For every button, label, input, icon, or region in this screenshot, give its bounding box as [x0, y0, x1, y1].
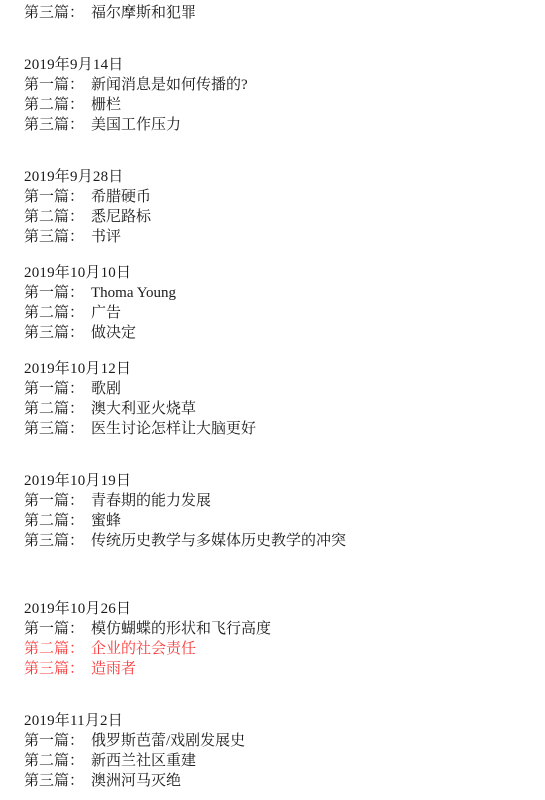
article-label: 第三篇：	[24, 421, 84, 437]
article-label: 第三篇：	[24, 533, 84, 549]
article-label: 第三篇：	[24, 5, 84, 21]
article-line: 第三篇：做决定	[24, 323, 529, 343]
article-line: 第二篇：新西兰社区重建	[24, 751, 529, 771]
article-line: 第二篇：栅栏	[24, 95, 529, 115]
article-label: 第三篇：	[24, 661, 84, 677]
blank-line	[24, 695, 529, 711]
article-title: 书评	[91, 229, 121, 245]
article-line: 第一篇：青春期的能力发展	[24, 491, 529, 511]
date-line: 2019年10月12日	[24, 359, 529, 379]
article-line: 第一篇：歌剧	[24, 379, 529, 399]
article-title: Thoma Young	[91, 285, 176, 301]
article-line: 第一篇：新闻消息是如何传播的?	[24, 75, 529, 95]
article-label: 第一篇：	[24, 189, 84, 205]
date-line: 2019年9月28日	[24, 167, 529, 187]
article-title: 俄罗斯芭蕾/戏剧发展史	[91, 733, 245, 749]
article-label: 第三篇：	[24, 229, 84, 245]
blank-line	[24, 567, 529, 583]
article-title: 美国工作压力	[91, 117, 181, 133]
article-label: 第一篇：	[24, 77, 84, 93]
article-title: 澳洲河马灭绝	[91, 773, 181, 789]
article-title: 福尔摩斯和犯罪	[91, 5, 196, 21]
article-label: 第二篇：	[24, 513, 84, 529]
article-label: 第二篇：	[24, 209, 84, 225]
article-label: 第二篇：	[24, 401, 84, 417]
article-label: 第三篇：	[24, 117, 84, 133]
article-line: 第三篇：医生讨论怎样让大脑更好	[24, 419, 529, 439]
article-label: 第一篇：	[24, 621, 84, 637]
article-title: 广告	[91, 305, 121, 321]
blank-line	[24, 247, 529, 263]
article-list-document: 第三篇：福尔摩斯和犯罪 2019年9月14日 第一篇：新闻消息是如何传播的? 第…	[0, 0, 545, 791]
article-label: 第三篇：	[24, 325, 84, 341]
article-label: 第一篇：	[24, 493, 84, 509]
article-label: 第二篇：	[24, 97, 84, 113]
article-title: 传统历史教学与多媒体历史教学的冲突	[91, 533, 346, 549]
date-line: 2019年9月14日	[24, 55, 529, 75]
article-line: 第三篇：传统历史教学与多媒体历史教学的冲突	[24, 531, 529, 551]
article-title: 澳大利亚火烧草	[91, 401, 196, 417]
article-label: 第二篇：	[24, 753, 84, 769]
article-title: 做决定	[91, 325, 136, 341]
blank-line	[24, 135, 529, 151]
article-line: 第二篇：广告	[24, 303, 529, 323]
article-line-highlighted: 第二篇：企业的社会责任	[24, 639, 529, 659]
article-line: 第一篇：模仿蝴蝶的形状和飞行高度	[24, 619, 529, 639]
date-line: 2019年10月19日	[24, 471, 529, 491]
article-line: 第二篇：悉尼路标	[24, 207, 529, 227]
article-label: 第一篇：	[24, 733, 84, 749]
article-title: 造雨者	[91, 661, 136, 677]
article-title: 悉尼路标	[91, 209, 151, 225]
article-line: 第三篇：福尔摩斯和犯罪	[24, 3, 529, 23]
article-label: 第二篇：	[24, 305, 84, 321]
blank-line	[24, 679, 529, 695]
date-line: 2019年10月10日	[24, 263, 529, 283]
article-line-highlighted: 第三篇：造雨者	[24, 659, 529, 679]
blank-line	[24, 39, 529, 55]
article-label: 第一篇：	[24, 285, 84, 301]
article-line: 第一篇：Thoma Young	[24, 283, 529, 303]
article-label: 第三篇：	[24, 773, 84, 789]
article-title: 新西兰社区重建	[91, 753, 196, 769]
article-line: 第二篇：澳大利亚火烧草	[24, 399, 529, 419]
article-line: 第三篇：澳洲河马灭绝	[24, 771, 529, 791]
article-title: 新闻消息是如何传播的?	[91, 77, 248, 93]
blank-line	[24, 551, 529, 567]
article-line: 第一篇：希腊硬币	[24, 187, 529, 207]
article-label: 第二篇：	[24, 641, 84, 657]
blank-line	[24, 439, 529, 455]
article-line: 第三篇：美国工作压力	[24, 115, 529, 135]
blank-line	[24, 23, 529, 39]
article-line: 第二篇：蜜蜂	[24, 511, 529, 531]
blank-line	[24, 583, 529, 599]
article-line: 第三篇：书评	[24, 227, 529, 247]
article-title: 歌剧	[91, 381, 121, 397]
date-line: 2019年11月2日	[24, 711, 529, 731]
blank-line	[24, 151, 529, 167]
blank-line	[24, 455, 529, 471]
date-line: 2019年10月26日	[24, 599, 529, 619]
article-title: 希腊硬币	[91, 189, 151, 205]
article-title: 青春期的能力发展	[91, 493, 211, 509]
article-title: 模仿蝴蝶的形状和飞行高度	[91, 621, 271, 637]
article-title: 医生讨论怎样让大脑更好	[91, 421, 256, 437]
article-title: 蜜蜂	[91, 513, 121, 529]
article-line: 第一篇：俄罗斯芭蕾/戏剧发展史	[24, 731, 529, 751]
article-label: 第一篇：	[24, 381, 84, 397]
article-title: 栅栏	[91, 97, 121, 113]
article-title: 企业的社会责任	[91, 641, 196, 657]
blank-line	[24, 343, 529, 359]
